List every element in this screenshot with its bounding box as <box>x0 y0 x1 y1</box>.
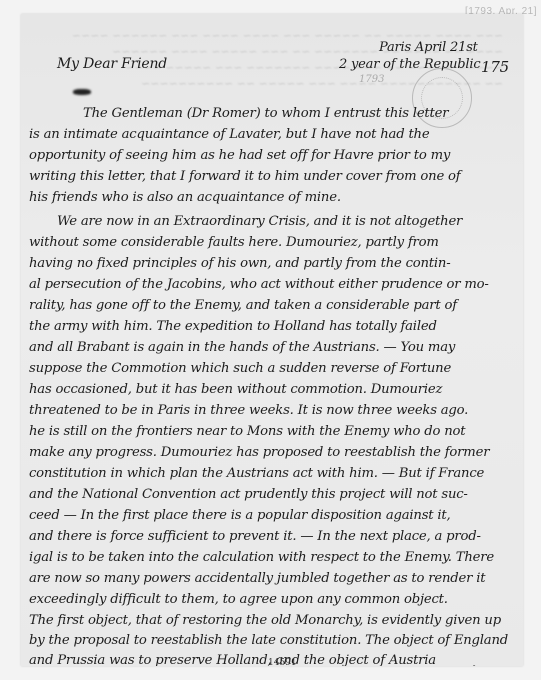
letter-line: are now so many powers accidentally jumb… <box>29 571 485 586</box>
ink-blot <box>73 89 91 95</box>
letter-line: constitution in which plan the Austrians… <box>29 466 484 481</box>
folio-number: 175 <box>481 58 509 76</box>
letter-line: rality, has gone off to the Enemy, and t… <box>29 298 457 313</box>
letter-line: make any progress. Dumouriez has propose… <box>29 445 489 460</box>
letter-line: by the proposal to reestablish the late … <box>29 633 508 648</box>
letter-line: al persecution of the Jacobins, who act … <box>29 277 489 292</box>
letter-line: exceedingly difficult to them, to agree … <box>29 592 448 607</box>
letter-line: The Gentleman (Dr Romer) to whom I entru… <box>83 106 448 121</box>
letter-line: opportunity of seeing him as he had set … <box>29 148 450 163</box>
page-number: 14591 <box>268 658 297 668</box>
letter-line: he is still on the frontiers near to Mon… <box>29 424 465 439</box>
letter-line: writing this letter, that I forward it t… <box>29 169 460 184</box>
letter-line: and all Brabant is again in the hands of… <box>29 340 455 355</box>
catchword: have <box>472 664 498 666</box>
letter-line: The first object, that of restoring the … <box>29 613 501 628</box>
letter-line: suppose the Commotion which such a sudde… <box>29 361 451 376</box>
letter-line: is an intimate acquaintance of Lavater, … <box>29 127 429 142</box>
letter-line: without some considerable faults here. D… <box>29 235 439 250</box>
letter-line: and there is force sufficient to prevent… <box>29 529 481 544</box>
letter-line: having no fixed principles of his own, a… <box>29 256 450 271</box>
letter-line: We are now in an Extraordinary Crisis, a… <box>57 214 462 229</box>
salutation: My Dear Friend <box>57 56 167 72</box>
place-date: Paris April 21st <box>379 40 478 55</box>
letter-line: the army with him. The expedition to Hol… <box>29 319 437 334</box>
date-line-2: 2 year of the Republic <box>339 57 480 72</box>
letter-line: igal is to be taken into the calculation… <box>29 550 494 565</box>
letter-line: ceed — In the first place there is a pop… <box>29 508 450 523</box>
letter-line: his friends who is also an acquaintance … <box>29 190 341 205</box>
letter-line: has occasioned, but it has been without … <box>29 382 442 397</box>
stamp-year: 1793 <box>359 74 384 85</box>
letter-line: and the National Convention act prudentl… <box>29 487 468 502</box>
letter-page: ~~~ ~~~~ ~~~~~ ~~ ~~~~~ ~~~ ~~~~ ~~~~ ~~… <box>21 14 523 666</box>
letter-line: and Prussia was to preserve Holland, and… <box>29 653 436 666</box>
letter-line: threatened to be in Paris in three weeks… <box>29 403 468 418</box>
